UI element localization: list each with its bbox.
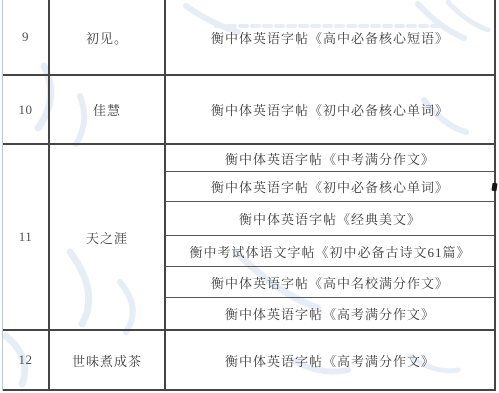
book-list-cell: 衡中体英语字帖《高考满分作文》 [166,331,494,389]
table-row: 12世味煮成茶衡中体英语字帖《高考满分作文》 [3,331,494,391]
customer-name-cell: 初见。 [50,0,166,74]
book-title-cell: 衡中体英语字帖《高中名校满分作文》 [166,267,494,298]
book-list-cell: 衡中体英语字帖《初中必备核心单词》 [166,76,494,143]
book-list-cell: 衡中体英语字帖《中考满分作文》衡中体英语字帖《初中必备核心单词》衡中体英语字帖《… [166,145,494,329]
table-row: 11天之涯衡中体英语字帖《中考满分作文》衡中体英语字帖《初中必备核心单词》衡中体… [3,145,494,331]
book-title-cell: 衡中体英语字帖《初中必备核心单词》 [166,172,494,202]
book-list-cell: 衡中体英语字帖《高中必备核心短语》 [166,0,494,74]
customer-name-cell: 世味煮成茶 [50,331,166,389]
row-number-cell: 12 [3,331,50,389]
booklist-table: 9初见。衡中体英语字帖《高中必备核心短语》10佳慧衡中体英语字帖《初中必备核心单… [2,0,496,391]
customer-name-cell: 佳慧 [50,76,166,143]
book-title-cell: 衡中考试体语文字帖《初中必备古诗文61篇》 [166,236,494,267]
screenshot-root: 9初见。衡中体英语字帖《高中必备核心短语》10佳慧衡中体英语字帖《初中必备核心单… [0,0,499,393]
book-title-cell: 衡中体英语字帖《高考满分作文》 [166,298,494,329]
ink-mark-icon [491,183,497,192]
book-title-cell: 衡中体英语字帖《中考满分作文》 [166,145,494,172]
customer-name-cell: 天之涯 [50,145,166,329]
table-row: 9初见。衡中体英语字帖《高中必备核心短语》 [3,0,494,76]
book-title-cell: 衡中体英语字帖《高考满分作文》 [166,331,494,389]
book-title-cell: 衡中体英语字帖《初中必备核心单词》 [166,76,494,143]
row-number-cell: 10 [3,76,50,143]
table-row: 10佳慧衡中体英语字帖《初中必备核心单词》 [3,76,494,145]
book-title-cell: 衡中体英语字帖《经典美文》 [166,202,494,236]
book-title-cell: 衡中体英语字帖《高中必备核心短语》 [166,0,494,74]
row-number-cell: 11 [3,145,50,329]
row-number-cell: 9 [3,0,50,74]
